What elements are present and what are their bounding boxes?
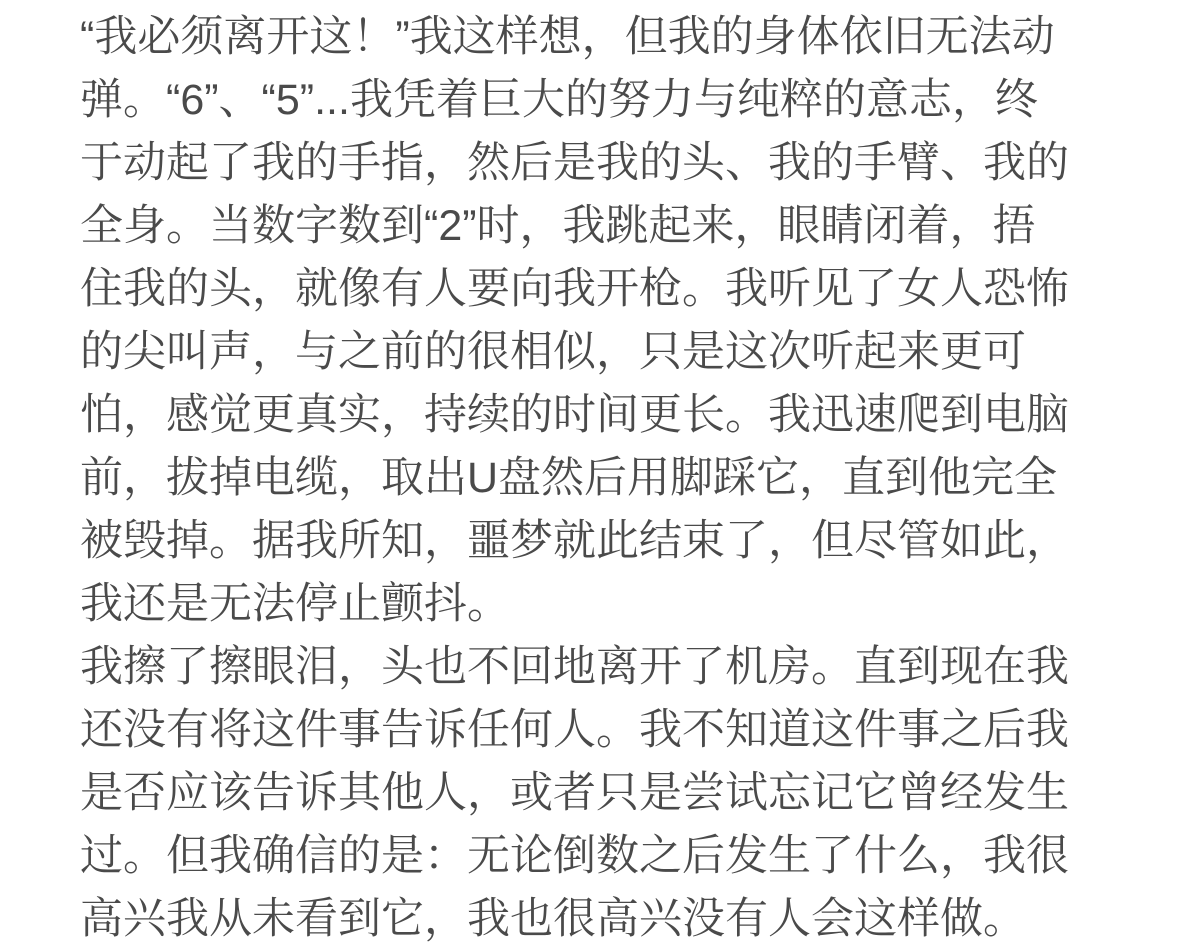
- text-line: 于动起了我的手指，然后是我的头、我的手臂、我的: [80, 132, 1122, 195]
- text-line: 弹。“6”、“5”...我凭着巨大的努力与纯粹的意志，终: [80, 69, 1122, 132]
- text-line: 被毁掉。据我所知，噩梦就此结束了，但尽管如此，: [80, 510, 1122, 573]
- text-line: 前，拔掉电缆，取出U盘然后用脚踩它，直到他完全: [80, 447, 1122, 510]
- text-line: 全身。当数字数到“2”时，我跳起来，眼睛闭着，捂: [80, 195, 1122, 258]
- text-line: 我擦了擦眼泪，头也不回地离开了机房。直到现在我: [80, 636, 1122, 699]
- story-text-page: “我必须离开这！”我这样想，但我的身体依旧无法动 弹。“6”、“5”...我凭着…: [0, 0, 1192, 951]
- text-line: 住我的头，就像有人要向我开枪。我听见了女人恐怖: [80, 258, 1122, 321]
- text-line: “我必须离开这！”我这样想，但我的身体依旧无法动: [80, 6, 1122, 69]
- text-line: 还没有将这件事告诉任何人。我不知道这件事之后我: [80, 699, 1122, 762]
- text-line: 我还是无法停止颤抖。: [80, 573, 1122, 636]
- text-line: 过。但我确信的是：无论倒数之后发生了什么，我很: [80, 825, 1122, 888]
- text-line: 高兴我从未看到它，我也很高兴没有人会这样做。: [80, 888, 1122, 951]
- text-line: 的尖叫声，与之前的很相似，只是这次听起来更可: [80, 321, 1122, 384]
- text-line: 怕，感觉更真实，持续的时间更长。我迅速爬到电脑: [80, 384, 1122, 447]
- text-line: 是否应该告诉其他人，或者只是尝试忘记它曾经发生: [80, 762, 1122, 825]
